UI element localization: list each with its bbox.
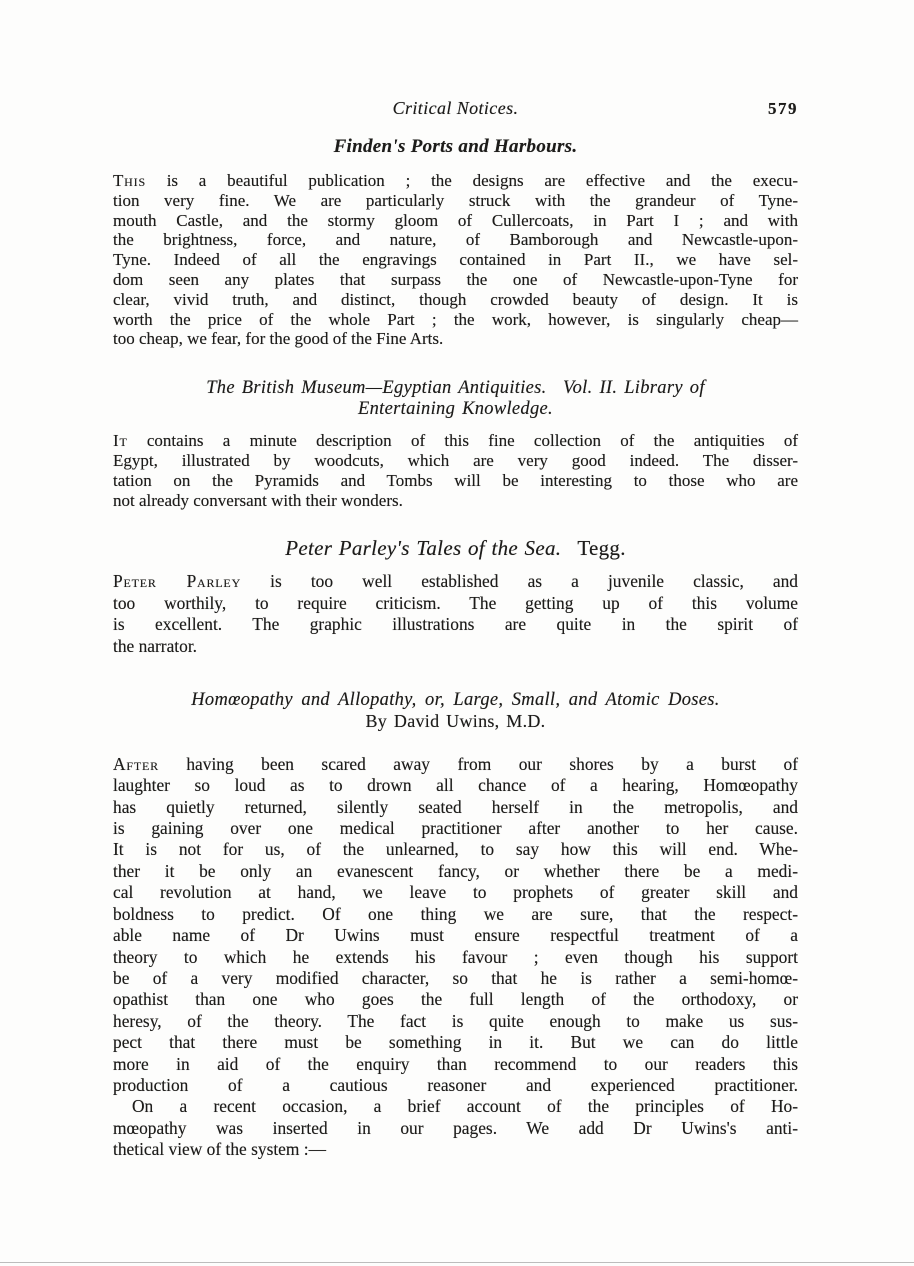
text-line: This is a beautiful publication ; the de… (113, 171, 798, 191)
section-british-museum: The British Museum—Egyptian Antiquities.… (113, 378, 798, 510)
section-finden: Finden's Ports and Harbours. This is a b… (113, 136, 798, 349)
text-line: cal revolution at hand, we leave to prop… (113, 882, 798, 903)
text-line: thetical view of the system :— (113, 1139, 798, 1160)
text-line: dom seen any plates that surpass the one… (113, 270, 798, 290)
section-heading: Homœopathy and Allopathy, or, Large, Sma… (113, 690, 798, 732)
text-line: mouth Castle, and the stormy gloom of Cu… (113, 211, 798, 231)
text-line: mœopathy was inserted in our pages. We a… (113, 1118, 798, 1139)
text-line: tion very fine. We are particularly stru… (113, 191, 798, 211)
text-line: more in aid of the enquiry than recommen… (113, 1054, 798, 1075)
text-line: It contains a minute description of this… (113, 431, 798, 451)
text-line: Tyne. Indeed of all the engravings conta… (113, 250, 798, 270)
heading-publisher: Tegg. (577, 536, 625, 560)
text-line: has quietly returned, silently seated he… (113, 797, 798, 818)
text-line: pect that there must be something in it.… (113, 1032, 798, 1053)
text-line: clear, vivid truth, and distinct, though… (113, 290, 798, 310)
section-peter-parley: Peter Parley's Tales of the Sea.Tegg. Pe… (113, 535, 798, 657)
text-line: be of a very modified character, so that… (113, 968, 798, 989)
text-line: tation on the Pyramids and Tombs will be… (113, 471, 798, 491)
text-line: production of a cautious reasoner and ex… (113, 1075, 798, 1096)
heading-line: Entertaining Knowledge. (113, 399, 798, 420)
lead-word: After (113, 754, 159, 774)
paragraph: After having been scared away from our s… (113, 754, 798, 1097)
running-title: Critical Notices. (393, 98, 519, 118)
running-header: Critical Notices. 579 (113, 98, 798, 118)
text-column: Critical Notices. 579 Finden's Ports and… (113, 0, 798, 1161)
text-line: too cheap, we fear, for the good of the … (113, 329, 798, 349)
text-line: boldness to predict. Of one thing we are… (113, 904, 798, 925)
text-line: able name of Dr Uwins must ensure respec… (113, 925, 798, 946)
text-line: opathist than one who goes the full leng… (113, 989, 798, 1010)
text-line: ther it be only an evanescent fancy, or … (113, 861, 798, 882)
heading-line: Finden's Ports and Harbours. (113, 136, 798, 157)
paragraph: It contains a minute description of this… (113, 431, 798, 510)
text-line: After having been scared away from our s… (113, 754, 798, 775)
text-line: the brightness, force, and nature, of Ba… (113, 230, 798, 250)
text-line: is gaining over one medical practitioner… (113, 818, 798, 839)
heading-line: Homœopathy and Allopathy, or, Large, Sma… (113, 690, 798, 711)
heading-title: Peter Parley's Tales of the Sea. (285, 536, 561, 560)
paragraph: This is a beautiful publication ; the de… (113, 171, 798, 349)
lead-word: This (113, 171, 146, 190)
text-line: not already conversant with their wonder… (113, 491, 798, 511)
page-bottom-rule (0, 1262, 914, 1263)
text-line: Peter Parley is too well established as … (113, 571, 798, 593)
text-line: On a recent occasion, a brief account of… (113, 1096, 798, 1117)
section-heading: The British Museum—Egyptian Antiquities.… (113, 378, 798, 419)
page-number: 579 (768, 99, 798, 119)
section-heading: Peter Parley's Tales of the Sea.Tegg. (113, 535, 798, 561)
heading-line: The British Museum—Egyptian Antiquities.… (113, 378, 798, 399)
text-line: laughter so loud as to drown all chance … (113, 775, 798, 796)
section-homoeopathy: Homœopathy and Allopathy, or, Large, Sma… (113, 690, 798, 1160)
text-line: worth the price of the whole Part ; the … (113, 310, 798, 330)
text-line: too worthily, to require criticism. The … (113, 593, 798, 615)
section-heading: Finden's Ports and Harbours. (113, 136, 798, 157)
text-line: It is not for us, of the unlearned, to s… (113, 839, 798, 860)
text-line: heresy, of the theory. The fact is quite… (113, 1011, 798, 1032)
lead-word: Peter Parley (113, 571, 241, 591)
scanned-document-page: Critical Notices. 579 Finden's Ports and… (0, 0, 914, 1266)
paragraph: On a recent occasion, a brief account of… (113, 1096, 798, 1160)
paragraph: Peter Parley is too well established as … (113, 571, 798, 657)
text-line: the narrator. (113, 636, 798, 658)
text-line: Egypt, illustrated by woodcuts, which ar… (113, 451, 798, 471)
lead-word: It (113, 431, 128, 450)
text-line: theory to which he extends his favour ; … (113, 947, 798, 968)
text-line: is excellent. The graphic illustrations … (113, 614, 798, 636)
heading-byline: By David Uwins, M.D. (113, 711, 798, 732)
